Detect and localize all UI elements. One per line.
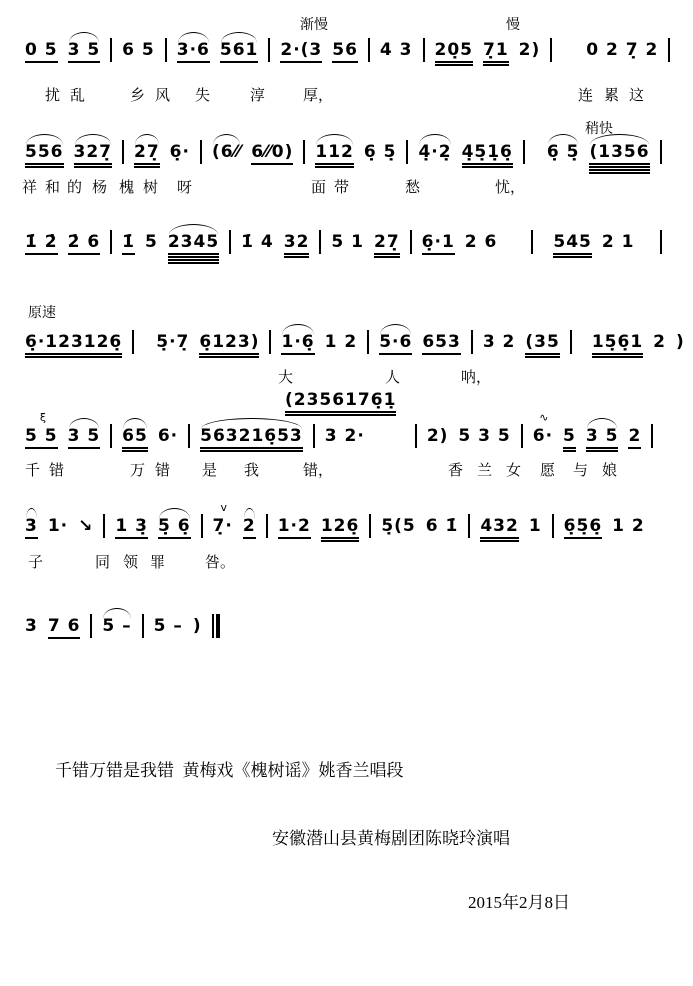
beam-underline xyxy=(592,353,643,355)
slur-arc xyxy=(213,134,240,145)
beam-underline xyxy=(251,163,293,165)
score-line-3: 1̇ 2̇2̇ 61̇523451̇ 4325 127̣6̣·12 65452 … xyxy=(25,230,662,265)
note-digits: 5 xyxy=(563,426,576,446)
beam-underline xyxy=(68,61,101,63)
note-group: 7̣·v xyxy=(213,518,233,549)
barline xyxy=(268,38,270,62)
note-digits: 2) xyxy=(519,40,541,60)
beam-underline xyxy=(134,166,160,168)
song-title: 千错万错是我错 黄梅戏《槐树谣》姚香兰唱段 xyxy=(55,756,404,781)
beam-underline xyxy=(280,61,322,63)
note-digits: 1 3̣ xyxy=(115,516,148,536)
note-digits: 56 xyxy=(332,40,358,60)
note-group: 2·(3 xyxy=(280,42,322,73)
note-digits: 6̣ 5̣ xyxy=(364,142,397,162)
note-group: 3 2· xyxy=(325,428,365,459)
note-group: 432 xyxy=(480,518,519,549)
note-group: 2) xyxy=(427,428,449,459)
note-digits: 5̣ 6̣ xyxy=(158,516,191,536)
note-group: 3 5 xyxy=(68,42,101,73)
lyric-syllable: 万 xyxy=(130,459,145,480)
note-group: 6 1̇ xyxy=(426,518,459,549)
slur-arc xyxy=(221,32,258,43)
note-digits: 27̣ xyxy=(374,232,400,252)
note-digits: 2̇ 6 xyxy=(68,232,101,252)
note-group: 6̣5̣6̣ xyxy=(564,518,603,549)
slur-arc xyxy=(316,134,353,145)
note-group: 3 5 xyxy=(586,428,619,459)
slur-arc xyxy=(26,508,37,519)
slur-arc xyxy=(587,418,618,429)
beam-underline xyxy=(374,256,400,258)
beam-underline xyxy=(281,353,314,355)
lyric-syllable: 扰 xyxy=(45,84,60,105)
note-digits: 2 1 xyxy=(602,232,635,252)
barline xyxy=(132,330,134,354)
slur-arc xyxy=(103,608,130,619)
note-group: 112 xyxy=(315,144,354,175)
note-digits: 5̣(5 xyxy=(381,516,415,536)
note-group: (1356 xyxy=(589,144,649,175)
barline xyxy=(660,230,662,254)
beam-underline xyxy=(321,537,360,539)
barline xyxy=(303,140,305,164)
lyric-syllable: 大 xyxy=(278,366,293,387)
note-group: 20̣5 xyxy=(435,42,474,73)
note-digits: 1̇ 4 xyxy=(241,232,274,252)
beam-underline xyxy=(284,253,310,255)
note-digits: (6⁄⁄ xyxy=(212,142,241,162)
note-digits: 4̣·2̣ xyxy=(418,142,451,162)
note-digits: 3 5 xyxy=(68,40,101,60)
note-digits: 6̣5̣6̣ xyxy=(564,516,603,536)
final-barline xyxy=(212,614,221,638)
beam-underline xyxy=(483,61,509,63)
note-group: (35 xyxy=(525,334,559,365)
note-digits: 5·6 xyxy=(379,332,412,352)
note-digits: 4 3 xyxy=(380,40,413,60)
note-digits: 2345 xyxy=(168,232,219,252)
note-digits: 7̣1 xyxy=(483,40,509,60)
beam-underline xyxy=(553,256,592,258)
beam-underline xyxy=(199,356,259,358)
note-digits: 3 5 xyxy=(586,426,619,446)
beam-underline xyxy=(462,166,513,168)
beam-underline xyxy=(586,447,619,449)
lyric-syllable: 忧， xyxy=(495,176,525,197)
beam-underline xyxy=(168,262,219,264)
beam-underline xyxy=(243,537,256,539)
barline xyxy=(90,614,92,638)
note-group: ) xyxy=(676,334,685,365)
note-digits: 5 xyxy=(145,232,158,252)
beam-underline xyxy=(563,447,576,449)
beam-underline xyxy=(563,450,576,452)
note-group: 1·2 xyxy=(278,518,311,549)
beam-underline xyxy=(379,353,412,355)
lyric-syllable: 树 xyxy=(143,176,158,197)
note-digits: 20̣5 xyxy=(435,40,474,60)
lyric-syllable: 女 xyxy=(506,459,521,480)
note-group: 5 xyxy=(563,428,576,459)
note-digits: 6 1̇ xyxy=(426,516,459,536)
lyric-syllable: 咎。 xyxy=(205,551,235,572)
beam-underline xyxy=(586,450,619,452)
note-digits: 561 xyxy=(220,40,259,60)
note-group: 7 6 xyxy=(48,618,81,649)
lyric-syllable: 连 xyxy=(578,84,593,105)
note-group: 5 – xyxy=(154,618,183,649)
note-group: 5 xyxy=(145,234,158,265)
note-digits: 563216̣53 xyxy=(200,426,303,446)
lyric-syllable: 人 xyxy=(385,366,400,387)
beam-underline xyxy=(199,353,259,355)
note-group: 56 xyxy=(332,42,358,73)
beam-underline xyxy=(628,447,641,449)
note-group: 3 5 xyxy=(68,428,101,459)
note-digits: 1· xyxy=(48,516,68,536)
beam-underline xyxy=(25,166,64,168)
slur-arc xyxy=(282,324,313,335)
note-digits: 6̣· xyxy=(170,142,190,162)
barline xyxy=(319,230,321,254)
beam-underline xyxy=(25,353,122,355)
lyric-syllable: 同 xyxy=(95,551,110,572)
beam-underline xyxy=(200,447,303,449)
note-group: 653 xyxy=(422,334,461,365)
beam-underline xyxy=(592,356,643,358)
note-group: 0 5 xyxy=(25,42,58,73)
note-digits: 1·2 xyxy=(278,516,311,536)
note-digits: 32 xyxy=(284,232,310,252)
note-group: 4 3 xyxy=(380,42,413,73)
ornament-mark: v xyxy=(220,502,227,513)
beam-underline xyxy=(25,356,122,358)
note-digits: (35 xyxy=(525,332,559,352)
beam-underline xyxy=(462,163,513,165)
beam-underline xyxy=(321,540,360,542)
note-digits: 1̇ 2̇ xyxy=(25,232,58,252)
beam-underline xyxy=(177,61,210,63)
note-group: 5 – xyxy=(102,618,131,649)
note-digits: (1356 xyxy=(589,142,649,162)
score-line-6: 5 5ξ3 5656·563216̣533 2·2)5 3 56·∿53 52 xyxy=(25,424,653,459)
slur-arc xyxy=(75,134,112,145)
note-group: 5 1 xyxy=(331,234,364,265)
lyric-syllable: 累 xyxy=(604,84,619,105)
beam-underline xyxy=(134,163,160,165)
note-group: 561 xyxy=(220,42,259,73)
lyric-syllable: 领 xyxy=(123,551,138,572)
lyric-syllable: 娘 xyxy=(602,459,617,480)
note-group: 3 2 xyxy=(483,334,516,365)
note-digits: 2 xyxy=(243,516,256,536)
beam-underline xyxy=(553,253,592,255)
beam-underline xyxy=(374,253,400,255)
note-digits: 432 xyxy=(480,516,519,536)
beam-underline xyxy=(122,447,148,449)
lyric-syllable: 和 xyxy=(45,176,60,197)
note-digits: 6 5 xyxy=(122,40,155,60)
beam-underline xyxy=(74,163,113,165)
note-group: 2 6 xyxy=(465,234,498,265)
beam-underline xyxy=(435,64,474,66)
barline xyxy=(415,424,417,448)
lyric-syllable: 愿 xyxy=(540,459,555,480)
note-group: 556 xyxy=(25,144,64,175)
barline xyxy=(531,230,533,254)
beam-underline xyxy=(278,537,311,539)
barline xyxy=(269,330,271,354)
score-line-7: 31·↘1 3̣5̣ 6̣7̣·v21·2126̣5̣(56 1̇43216̣5… xyxy=(25,514,693,549)
note-group: 5̣ 6̣ xyxy=(158,518,191,549)
note-digits: 6⁄⁄0) xyxy=(251,142,293,162)
note-digits: 6̣·1 xyxy=(422,232,455,252)
barline xyxy=(122,140,124,164)
note-group: 2345 xyxy=(168,234,219,265)
note-digits: 126̣ xyxy=(321,516,360,536)
beam-underline xyxy=(525,353,559,355)
note-group: 3 xyxy=(25,518,38,549)
note-group: 3 xyxy=(25,618,38,649)
sheet-music-page: 0 53 56 53·65612·(3564 320̣57̣12)0 2 7̣ … xyxy=(0,0,693,986)
note-group: 1·6̣ xyxy=(281,334,314,365)
barline xyxy=(165,38,167,62)
barline xyxy=(201,514,203,538)
lyric-syllable: 我 xyxy=(244,459,259,480)
note-group: 563216̣53 xyxy=(200,428,303,459)
note-group: 1· xyxy=(48,518,68,549)
note-group: (6⁄⁄ xyxy=(212,144,241,175)
tempo-mark: 渐慢 xyxy=(300,14,328,34)
barline xyxy=(188,424,190,448)
beam-underline xyxy=(25,163,64,165)
beam-underline xyxy=(589,172,649,174)
beam-underline xyxy=(483,64,509,66)
slur-arc xyxy=(69,418,100,429)
note-digits: 1̇ xyxy=(122,232,135,252)
note-group: 27̣ xyxy=(374,234,400,265)
note-group: 327̣ xyxy=(74,144,113,175)
note-digits: 6̣123) xyxy=(199,332,259,352)
note-digits: 3 xyxy=(25,516,38,536)
beam-underline xyxy=(422,253,455,255)
note-digits: ) xyxy=(676,332,685,352)
beam-underline xyxy=(435,61,474,63)
note-digits: 1 xyxy=(529,516,542,536)
note-digits: 7 6 xyxy=(48,616,81,636)
note-digits: 5 – xyxy=(102,616,131,636)
note-group: (2356176̣1̣ xyxy=(285,392,396,423)
note-digits: 3 5 xyxy=(68,426,101,446)
note-digits: 65 xyxy=(122,426,148,446)
note-group: 6⁄⁄0) xyxy=(251,144,293,175)
beam-underline xyxy=(525,356,559,358)
tempo-mark: 稍快 xyxy=(585,118,613,138)
note-group: 6· xyxy=(158,428,178,459)
note-digits: ↘ xyxy=(78,516,93,536)
note-digits: 327̣ xyxy=(74,142,113,162)
slur-arc xyxy=(69,32,100,43)
beam-underline xyxy=(122,253,135,255)
note-group: 5̣(5 xyxy=(381,518,415,549)
lyric-syllable: 错， xyxy=(303,459,333,480)
note-group: ) xyxy=(193,618,202,649)
note-digits: 5 5 xyxy=(25,426,58,446)
note-group: 0 2 7̣ 2 xyxy=(586,42,658,73)
note-group: 6̣· xyxy=(170,144,190,175)
lyric-syllable: 厚， xyxy=(303,84,333,105)
note-group: 65 xyxy=(122,428,148,459)
tempo-mark: 原速 xyxy=(28,302,56,322)
beam-underline xyxy=(122,450,148,452)
lyric-syllable: 与 xyxy=(573,459,588,480)
barline xyxy=(110,230,112,254)
slur-arc xyxy=(380,324,411,335)
note-digits: 6· xyxy=(533,426,553,446)
note-digits: 1·6̣ xyxy=(281,332,314,352)
note-group: 6·∿ xyxy=(533,428,553,459)
beam-underline xyxy=(285,414,396,416)
note-digits: 0 2 7̣ 2 xyxy=(586,40,658,60)
date-text: 2015年2月8日 xyxy=(468,888,570,913)
note-group: 7̣1 xyxy=(483,42,509,73)
note-group: 2 xyxy=(628,428,641,459)
score-line-8: 37 65 –5 –) xyxy=(25,614,220,649)
lyric-syllable: 杨 xyxy=(92,176,107,197)
lyric-syllable: 乱 xyxy=(70,84,85,105)
note-digits: 2·(3 xyxy=(280,40,322,60)
slur-arc xyxy=(123,418,147,429)
beam-underline xyxy=(168,259,219,261)
lyric-syllable: 的 xyxy=(67,176,82,197)
final-barline-thin xyxy=(212,614,214,638)
barline xyxy=(103,514,105,538)
note-digits: 6· xyxy=(158,426,178,446)
slur-arc xyxy=(244,508,255,519)
note-group: 4̣·2̣ xyxy=(418,144,451,175)
lyric-syllable: 面 xyxy=(311,176,326,197)
barline xyxy=(410,230,412,254)
note-digits: 653 xyxy=(422,332,461,352)
note-digits: (2356176̣1̣ xyxy=(285,390,396,410)
slur-arc xyxy=(26,134,63,145)
slur-arc xyxy=(159,508,190,519)
ornament-mark: ξ xyxy=(40,412,46,423)
lyric-syllable: 子 xyxy=(28,551,43,572)
note-group: 1 2 xyxy=(325,334,358,365)
beam-underline xyxy=(589,163,649,165)
barline xyxy=(367,330,369,354)
score-line-4: 6̣·123126̣5̣·7̣6̣123)1·6̣1 25·66533 2(35… xyxy=(25,330,693,365)
score-line-2: 556327̣27̣6̣·(6⁄⁄6⁄⁄0)1126̣ 5̣4̣·2̣4̣5̣1… xyxy=(25,140,662,175)
note-digits: ) xyxy=(193,616,202,636)
note-group: 126̣ xyxy=(321,518,360,549)
note-digits: 5 1 xyxy=(331,232,364,252)
barline xyxy=(660,140,662,164)
lyric-syllable: 呐， xyxy=(461,366,491,387)
note-group: 6̣·1 xyxy=(422,234,455,265)
note-digits: 3·6 xyxy=(177,40,210,60)
note-digits: 1 2 xyxy=(612,516,645,536)
note-group: 2̇ 6 xyxy=(68,234,101,265)
beam-underline xyxy=(168,253,219,255)
note-group: 3·6 xyxy=(177,42,210,73)
note-group: 5̣·7̣ xyxy=(156,334,189,365)
lyric-syllable: 乡 xyxy=(130,84,145,105)
note-group: 6̣123) xyxy=(199,334,259,365)
lyric-syllable: 风 xyxy=(155,84,170,105)
lyric-syllable: 带 xyxy=(334,176,349,197)
beam-underline xyxy=(564,537,603,539)
note-digits: 4̣5̣1̣6̣ xyxy=(462,142,513,162)
note-digits: 2 xyxy=(628,426,641,446)
barline xyxy=(368,38,370,62)
note-digits: 27̣ xyxy=(134,142,160,162)
note-group: 2 xyxy=(653,334,666,365)
note-digits: 6̣ 5̣ xyxy=(547,142,580,162)
note-digits: 7̣· xyxy=(213,516,233,536)
note-group: 2) xyxy=(519,42,541,73)
barline xyxy=(406,140,408,164)
beam-underline xyxy=(284,256,310,258)
beam-underline xyxy=(25,537,38,539)
note-group: 1 3̣ xyxy=(115,518,148,549)
lyric-syllable: 香 xyxy=(448,459,463,480)
slur-arc xyxy=(419,134,450,145)
note-digits: 556 xyxy=(25,142,64,162)
beam-underline xyxy=(168,256,219,258)
ornament-mark: ∿ xyxy=(539,412,548,423)
beam-underline xyxy=(315,163,354,165)
tempo-mark: 慢 xyxy=(506,14,520,34)
note-digits: 3 2· xyxy=(325,426,365,446)
note-group: 1̇ 2̇ xyxy=(25,234,58,265)
beam-underline xyxy=(25,447,58,449)
note-group: 6̣ 5̣ xyxy=(547,144,580,175)
note-group: 27̣ xyxy=(134,144,160,175)
note-digits: 0 5 xyxy=(25,40,58,60)
lyric-syllable: 愁 xyxy=(405,176,420,197)
barline xyxy=(110,38,112,62)
beam-underline xyxy=(589,169,649,171)
beam-underline xyxy=(332,61,358,63)
note-group: 1̇ 4 xyxy=(241,234,274,265)
note-group: 1̇ xyxy=(122,234,135,265)
lyric-syllable: 兰 xyxy=(477,459,492,480)
beam-underline xyxy=(480,537,519,539)
note-group: 4̣5̣1̣6̣ xyxy=(462,144,513,175)
barline xyxy=(468,514,470,538)
beam-underline xyxy=(68,447,101,449)
barline xyxy=(200,140,202,164)
beam-underline xyxy=(422,353,461,355)
note-digits: 15̣6̣1 xyxy=(592,332,643,352)
lyric-syllable: 错 xyxy=(49,459,64,480)
beam-underline xyxy=(480,540,519,542)
note-group: 6 5 xyxy=(122,42,155,73)
slur-arc xyxy=(548,134,579,145)
barline xyxy=(369,514,371,538)
barline xyxy=(110,424,112,448)
note-digits: 3 xyxy=(25,616,38,636)
performer-credit: 安徽潜山县黄梅剧团陈晓玲演唱 xyxy=(272,824,510,849)
beam-underline xyxy=(200,450,303,452)
barline xyxy=(552,514,554,538)
beam-underline xyxy=(68,253,101,255)
note-group: 5 3 5 xyxy=(458,428,510,459)
note-group: 6̣·123126̣ xyxy=(25,334,122,365)
